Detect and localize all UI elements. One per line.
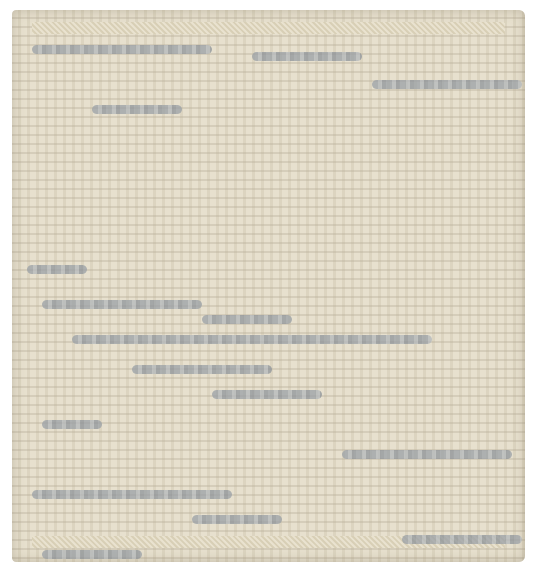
grey-yarn-stripe — [42, 300, 202, 309]
rug-top-binding — [32, 22, 505, 34]
grey-yarn-stripe — [27, 265, 87, 274]
grey-yarn-stripe — [402, 535, 522, 544]
rug-sample — [12, 10, 525, 562]
grey-yarn-stripe — [202, 315, 292, 324]
grey-yarn-stripe — [212, 390, 322, 399]
grey-yarn-stripe — [372, 80, 522, 89]
grey-yarn-stripe — [32, 490, 232, 499]
grey-yarn-stripe — [42, 420, 102, 429]
grey-yarn-stripe — [92, 105, 182, 114]
grey-yarn-stripe — [132, 365, 272, 374]
grey-yarn-stripe — [252, 52, 362, 61]
grey-yarn-stripe — [342, 450, 512, 459]
grey-yarn-stripe — [192, 515, 282, 524]
grey-yarn-stripe — [32, 45, 212, 54]
grey-yarn-stripe — [72, 335, 432, 344]
grey-yarn-stripe — [42, 550, 142, 559]
